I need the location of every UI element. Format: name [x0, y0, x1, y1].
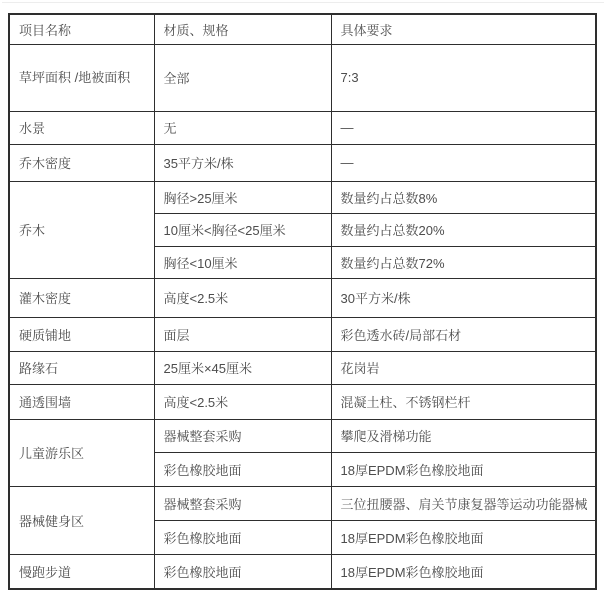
cell-item-name: 灌木密度 — [9, 278, 154, 317]
cell-requirement: 混凝土柱、不锈钢栏杆 — [331, 384, 596, 419]
cell-spec: 面层 — [154, 317, 331, 351]
cell-requirement: 花岗岩 — [331, 351, 596, 384]
cell-item-name: 儿童游乐区 — [9, 419, 154, 486]
cell-item-name: 水景 — [9, 111, 154, 144]
cell-requirement: 三位扭腰器、肩关节康复器等运动功能器械 — [331, 486, 596, 520]
cell-item-name: 硬质铺地 — [9, 317, 154, 351]
cell-requirement: 彩色透水砖/局部石材 — [331, 317, 596, 351]
table-row: 慢跑步道 彩色橡胶地面 18厚EPDM彩色橡胶地面 — [9, 554, 596, 589]
cell-requirement: 攀爬及滑梯功能 — [331, 419, 596, 452]
cell-item-name: 通透围墙 — [9, 384, 154, 419]
table-row: 路缘石 25厘米×45厘米 花岗岩 — [9, 351, 596, 384]
table-row: 通透围墙 高度<2.5米 混凝土柱、不锈钢栏杆 — [9, 384, 596, 419]
cell-spec: 彩色橡胶地面 — [154, 520, 331, 554]
col-header-item-name: 项目名称 — [9, 14, 154, 44]
cell-item-name: 草坪面积 /地被面积 — [9, 44, 154, 111]
table-row: 硬质铺地 面层 彩色透水砖/局部石材 — [9, 317, 596, 351]
table-row: 水景 无 — — [9, 111, 596, 144]
cell-spec: 彩色橡胶地面 — [154, 554, 331, 589]
cell-spec: 25厘米×45厘米 — [154, 351, 331, 384]
cell-requirement: 18厚EPDM彩色橡胶地面 — [331, 520, 596, 554]
cell-item-name: 路缘石 — [9, 351, 154, 384]
cell-requirement: 7:3 — [331, 44, 596, 111]
cell-requirement: 18厚EPDM彩色橡胶地面 — [331, 554, 596, 589]
table-header-row: 项目名称 材质、规格 具体要求 — [9, 14, 596, 44]
cell-spec: 胸径>25厘米 — [154, 181, 331, 213]
cell-requirement: — — [331, 144, 596, 181]
cell-spec: 10厘米<胸径<25厘米 — [154, 213, 331, 246]
cell-spec: 全部 — [154, 44, 331, 111]
cell-requirement: 数量约占总数20% — [331, 213, 596, 246]
cell-item-name: 器械健身区 — [9, 486, 154, 554]
cell-requirement: — — [331, 111, 596, 144]
col-header-material-spec: 材质、规格 — [154, 14, 331, 44]
table-row: 乔木 胸径>25厘米 数量约占总数8% — [9, 181, 596, 213]
table-row: 灌木密度 高度<2.5米 30平方米/株 — [9, 278, 596, 317]
table-row: 儿童游乐区 器械整套采购 攀爬及滑梯功能 — [9, 419, 596, 452]
cell-requirement: 30平方米/株 — [331, 278, 596, 317]
cell-spec: 35平方米/株 — [154, 144, 331, 181]
cell-item-name: 慢跑步道 — [9, 554, 154, 589]
cell-item-name: 乔木 — [9, 181, 154, 278]
cell-spec: 器械整套采购 — [154, 419, 331, 452]
cell-spec: 彩色橡胶地面 — [154, 452, 331, 486]
page: 项目名称 材质、规格 具体要求 草坪面积 /地被面积 全部 7:3 水景 无 —… — [0, 0, 608, 606]
spec-table: 项目名称 材质、规格 具体要求 草坪面积 /地被面积 全部 7:3 水景 无 —… — [8, 13, 597, 590]
cell-requirement: 18厚EPDM彩色橡胶地面 — [331, 452, 596, 486]
cell-spec: 高度<2.5米 — [154, 278, 331, 317]
page-top-divider — [2, 2, 604, 3]
cell-item-name: 乔木密度 — [9, 144, 154, 181]
table-row: 草坪面积 /地被面积 全部 7:3 — [9, 44, 596, 111]
cell-spec: 器械整套采购 — [154, 486, 331, 520]
cell-spec: 胸径<10厘米 — [154, 246, 331, 278]
table-row: 器械健身区 器械整套采购 三位扭腰器、肩关节康复器等运动功能器械 — [9, 486, 596, 520]
cell-spec: 无 — [154, 111, 331, 144]
table-row: 乔木密度 35平方米/株 — — [9, 144, 596, 181]
cell-requirement: 数量约占总数8% — [331, 181, 596, 213]
cell-spec: 高度<2.5米 — [154, 384, 331, 419]
col-header-requirement: 具体要求 — [331, 14, 596, 44]
cell-requirement: 数量约占总数72% — [331, 246, 596, 278]
